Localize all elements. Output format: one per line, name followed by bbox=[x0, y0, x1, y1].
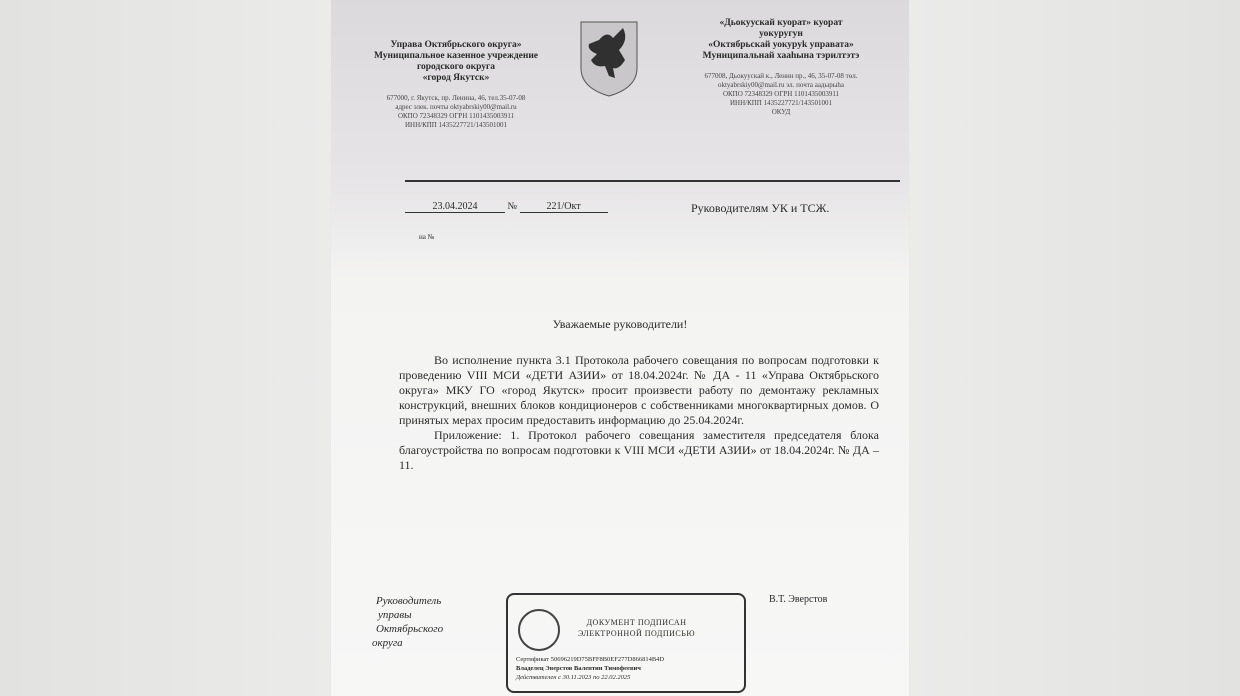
stamp-info: Сертификат 50696219D75BFF8B0EF277D866814… bbox=[516, 655, 664, 682]
address-line: ОКПО 72348329 ОГРН 1101435003911 bbox=[351, 112, 561, 121]
background-left bbox=[0, 0, 330, 696]
address-line: адрес элек. почты oktyabrskiy00@mail.ru bbox=[351, 103, 561, 112]
body-paragraph: Во исполнение пункта 3.1 Протокола рабоч… bbox=[399, 353, 879, 428]
electronic-signature-stamp: ДОКУМЕНТ ПОДПИСАН ЭЛЕКТРОННОЙ ПОДПИСЬЮ С… bbox=[506, 593, 746, 693]
certificate-owner: Владелец Эверстов Валентин Тимофеевич bbox=[516, 664, 664, 673]
title-line: Октябрьского bbox=[376, 622, 443, 636]
registration-date: 23.04.2024 bbox=[405, 201, 505, 213]
registration-line: 23.04.2024 № 221/Окт bbox=[405, 201, 608, 213]
org-line: «город Якутск» bbox=[351, 73, 561, 84]
org-line: Управа Октябрьского округа» bbox=[351, 40, 561, 51]
org-address: 677000, г. Якутск, пр. Ленина, 46, тел.3… bbox=[351, 94, 561, 130]
signatory-name: В.Т. Эверстов bbox=[769, 594, 827, 605]
signatory-title: Руководитель управы Октябрьского округа bbox=[376, 594, 443, 650]
title-line: управы bbox=[378, 608, 443, 622]
greeting: Уважаемые руководители! bbox=[331, 317, 909, 332]
stamp-line: ДОКУМЕНТ ПОДПИСАН bbox=[578, 617, 695, 628]
title-line: округа bbox=[372, 636, 443, 650]
org-address: 677008, Дьокуускай к., Ленин пр., 46, 35… bbox=[671, 72, 891, 117]
org-line: «Октябрьскай уокуруk управата» bbox=[671, 40, 891, 51]
title-line: Руководитель bbox=[376, 594, 443, 608]
letter-document: Управа Октябрьского округа» Муниципально… bbox=[331, 0, 909, 696]
seal-icon bbox=[518, 609, 560, 651]
address-line: ОКПО 72348329 ОГРН 1101435003911 bbox=[671, 90, 891, 99]
address-line: oktyabrskiy00@mail.ru эл. почта аадырыhа bbox=[671, 81, 891, 90]
registration-number: 221/Окт bbox=[520, 201, 608, 213]
coat-of-arms-icon bbox=[579, 20, 639, 98]
certificate-validity: Действителен с 30.11.2023 по 22.02.2025 bbox=[516, 673, 664, 682]
letter-body: Во исполнение пункта 3.1 Протокола рабоч… bbox=[399, 353, 879, 473]
address-line: ИНН/КПП 1435227721/143501001 bbox=[351, 121, 561, 130]
number-label: № bbox=[508, 201, 518, 212]
address-line: 677000, г. Якутск, пр. Ленина, 46, тел.3… bbox=[351, 94, 561, 103]
stamp-line: ЭЛЕКТРОННОЙ ПОДПИСЬЮ bbox=[578, 628, 695, 639]
header-right: «Дьокуускай куорат» куорат уокуругун «Ок… bbox=[671, 18, 891, 117]
org-line: уокуругун bbox=[671, 29, 891, 40]
address-line: ОКУД bbox=[671, 108, 891, 117]
org-line: Муниципальнай хааhына тэрилтэтэ bbox=[671, 51, 891, 62]
background-right bbox=[910, 0, 1240, 696]
org-line: Муниципальное казенное учреждение bbox=[351, 51, 561, 62]
header-divider bbox=[405, 180, 900, 182]
address-line: 677008, Дьокуускай к., Ленин пр., 46, 35… bbox=[671, 72, 891, 81]
org-line: «Дьокуускай куорат» куорат bbox=[671, 18, 891, 29]
header-left: Управа Октябрьского округа» Муниципально… bbox=[351, 40, 561, 130]
addressee: Руководителям УК и ТСЖ. bbox=[691, 201, 829, 216]
stamp-heading: ДОКУМЕНТ ПОДПИСАН ЭЛЕКТРОННОЙ ПОДПИСЬЮ bbox=[578, 617, 695, 639]
certificate-number: Сертификат 50696219D75BFF8B0EF277D866814… bbox=[516, 655, 664, 664]
attachment-paragraph: Приложение: 1. Протокол рабочего совещан… bbox=[399, 428, 879, 473]
org-line: городского округа bbox=[351, 62, 561, 73]
reply-reference: на № bbox=[419, 233, 434, 241]
address-line: ИНН/КПП 1435227721/143501001 bbox=[671, 99, 891, 108]
